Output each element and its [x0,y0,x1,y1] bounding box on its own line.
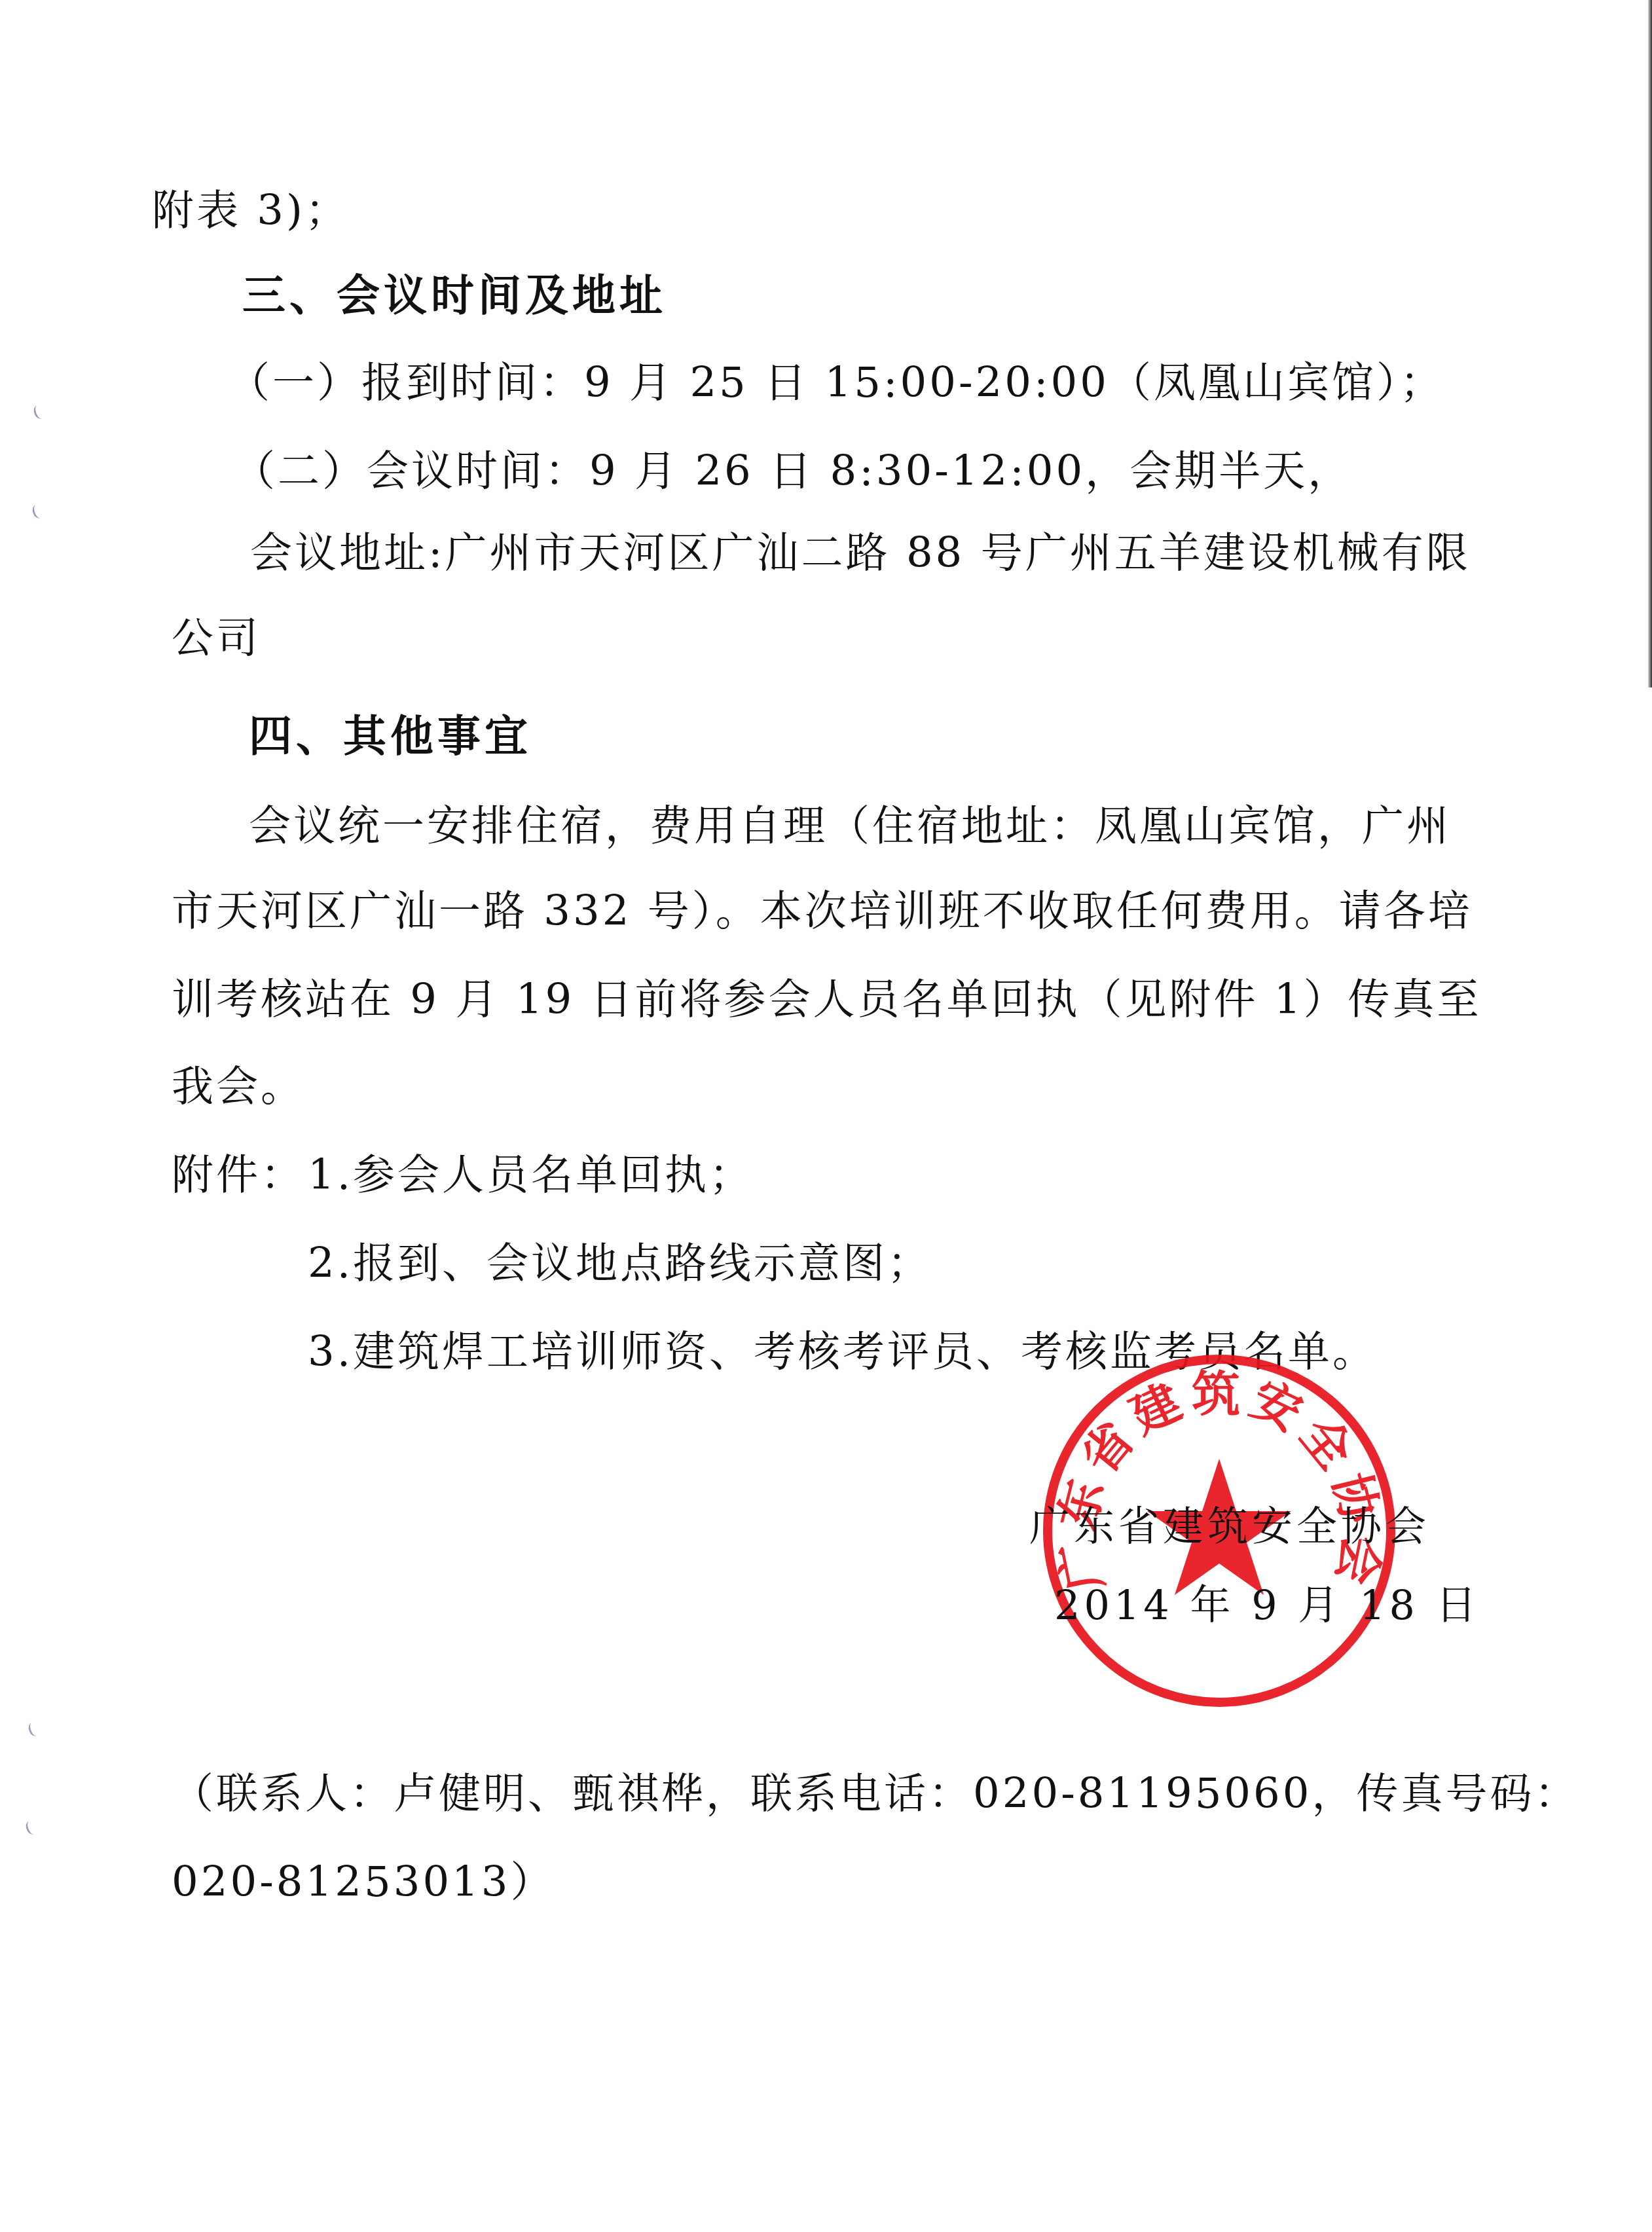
continuation-text: 附表 3)； [152,185,350,237]
section-4-paragraph-line-1: 会议统一安排住宿，费用自理（住宿地址：凤凰山宾馆，广州 [249,800,1427,852]
section-3-address-line-1: 会议地址:广州市天河区广汕二路 88 号广州五羊建设机械有限 [250,527,1429,579]
document-page: 附表 3)； 三、会议时间及地址 （一）报到时间：9 月 25 日 15:00-… [0,0,1652,2232]
section-4-paragraph-line-4: 我会。 [172,1061,305,1113]
attachment-item-1: 1.参会人员名单回执； [308,1149,754,1201]
section-3-item-1: （一）报到时间：9 月 25 日 15:00-20:00（凤凰山宾馆）； [228,357,1444,409]
attachments-label: 附件： [172,1149,305,1201]
section-4-heading: 四、其他事宜 [249,710,532,763]
section-4-paragraph-line-2: 市天河区广汕一路 332 号）。本次培训班不收取任何费用。请各培 [172,885,1429,938]
contact-line-2: 020-81253013） [172,1856,555,1909]
scan-mark [24,1819,39,1836]
scan-mark [32,403,47,420]
section-3-address-line-2: 公司 [172,612,261,665]
scan-mark [31,503,46,520]
attachment-item-3: 3.建筑焊工培训师资、考核考评员、考核监考员名单。 [308,1326,1377,1378]
contact-line-1: （联系人：卢健明、甄祺桦，联系电话：020-81195060，传真号码： [172,1768,1429,1820]
svg-text:广东省建筑安全协会: 广东省建筑安全协会 [1048,1366,1390,1596]
signing-date: 2014 年 9 月 18 日 [1054,1579,1480,1632]
attachment-item-2: 2.报到、会议地点路线示意图； [308,1237,932,1290]
scan-mark [27,1721,42,1738]
section-3-item-2: （二）会议时间：9 月 26 日 8:30-12:00，会期半天， [233,445,1352,498]
scan-edge-shadow [1648,0,1652,687]
section-4-paragraph-line-3: 训考核站在 9 月 19 日前将参会人员名单回执（见附件 1）传真至 [172,974,1429,1026]
section-3-heading: 三、会议时间及地址 [242,270,667,322]
signing-organization: 广东省建筑安全协会 [1029,1501,1430,1553]
